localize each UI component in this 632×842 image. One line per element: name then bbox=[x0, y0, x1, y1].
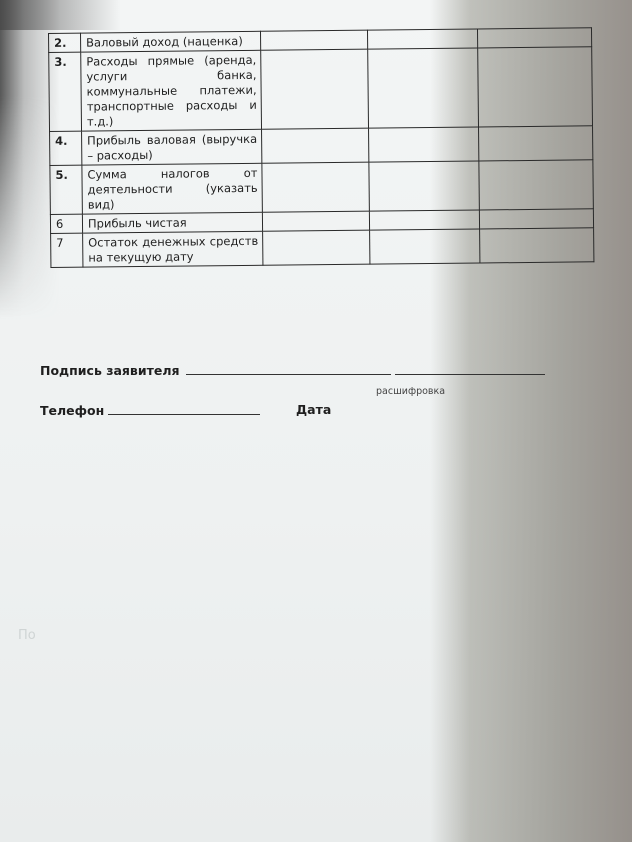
signature-line[interactable] bbox=[186, 362, 391, 375]
phone-label: Телефон bbox=[40, 403, 104, 418]
signature-block: Подпись заявителя bbox=[40, 362, 545, 378]
empty-cell[interactable] bbox=[477, 28, 591, 48]
page-edge-shadow-top bbox=[0, 0, 120, 30]
row-label: Сумма налогов от деятельности (указать в… bbox=[82, 163, 263, 214]
row-number: 6 bbox=[50, 214, 82, 233]
financial-table: 2. Валовый доход (наценка) 3. Расходы пр… bbox=[48, 27, 594, 268]
table-row: 5. Сумма налогов от деятельности (указат… bbox=[50, 160, 593, 215]
empty-cell[interactable] bbox=[263, 230, 370, 265]
signature-label: Подпись заявителя bbox=[40, 363, 180, 378]
date-label: Дата bbox=[296, 402, 331, 417]
row-label: Расходы прямые (аренда, услуги банка, ко… bbox=[81, 50, 262, 131]
bleed-through-text: По bbox=[18, 628, 36, 643]
phone-line[interactable] bbox=[108, 402, 260, 415]
empty-cell[interactable] bbox=[262, 128, 369, 163]
empty-cell[interactable] bbox=[261, 49, 369, 129]
empty-cell[interactable] bbox=[260, 30, 367, 50]
decode-caption: расшифровка bbox=[376, 386, 445, 397]
row-number: 3. bbox=[49, 52, 82, 131]
row-label: Прибыль валовая (выручка – расходы) bbox=[82, 129, 262, 165]
empty-cell[interactable] bbox=[370, 229, 480, 264]
row-number: 4. bbox=[50, 131, 82, 165]
signature-decode-line[interactable] bbox=[395, 362, 545, 375]
row-label: Остаток денежных средств на текущую дату bbox=[83, 231, 263, 267]
empty-cell[interactable] bbox=[369, 161, 480, 211]
row-number: 2. bbox=[49, 33, 81, 52]
row-number: 7 bbox=[51, 233, 83, 267]
empty-cell[interactable] bbox=[480, 228, 594, 263]
empty-cell[interactable] bbox=[369, 210, 479, 230]
empty-cell[interactable] bbox=[262, 211, 369, 231]
row-label: Валовый доход (наценка) bbox=[81, 31, 261, 52]
empty-cell[interactable] bbox=[479, 209, 593, 229]
empty-cell[interactable] bbox=[479, 126, 593, 161]
phone-field: Телефон bbox=[40, 402, 260, 418]
empty-cell[interactable] bbox=[367, 29, 477, 49]
table-row: 4. Прибыль валовая (выручка – расходы) bbox=[50, 126, 593, 166]
table-row: 7 Остаток денежных средств на текущую да… bbox=[51, 228, 594, 268]
empty-cell[interactable] bbox=[369, 127, 479, 162]
row-number: 5. bbox=[50, 165, 83, 214]
empty-cell[interactable] bbox=[478, 47, 593, 127]
empty-cell[interactable] bbox=[368, 48, 479, 128]
empty-cell[interactable] bbox=[479, 160, 594, 210]
table-row: 3. Расходы прямые (аренда, услуги банка,… bbox=[49, 47, 593, 132]
row-label: Прибыль чистая bbox=[82, 212, 262, 233]
empty-cell[interactable] bbox=[262, 162, 370, 212]
